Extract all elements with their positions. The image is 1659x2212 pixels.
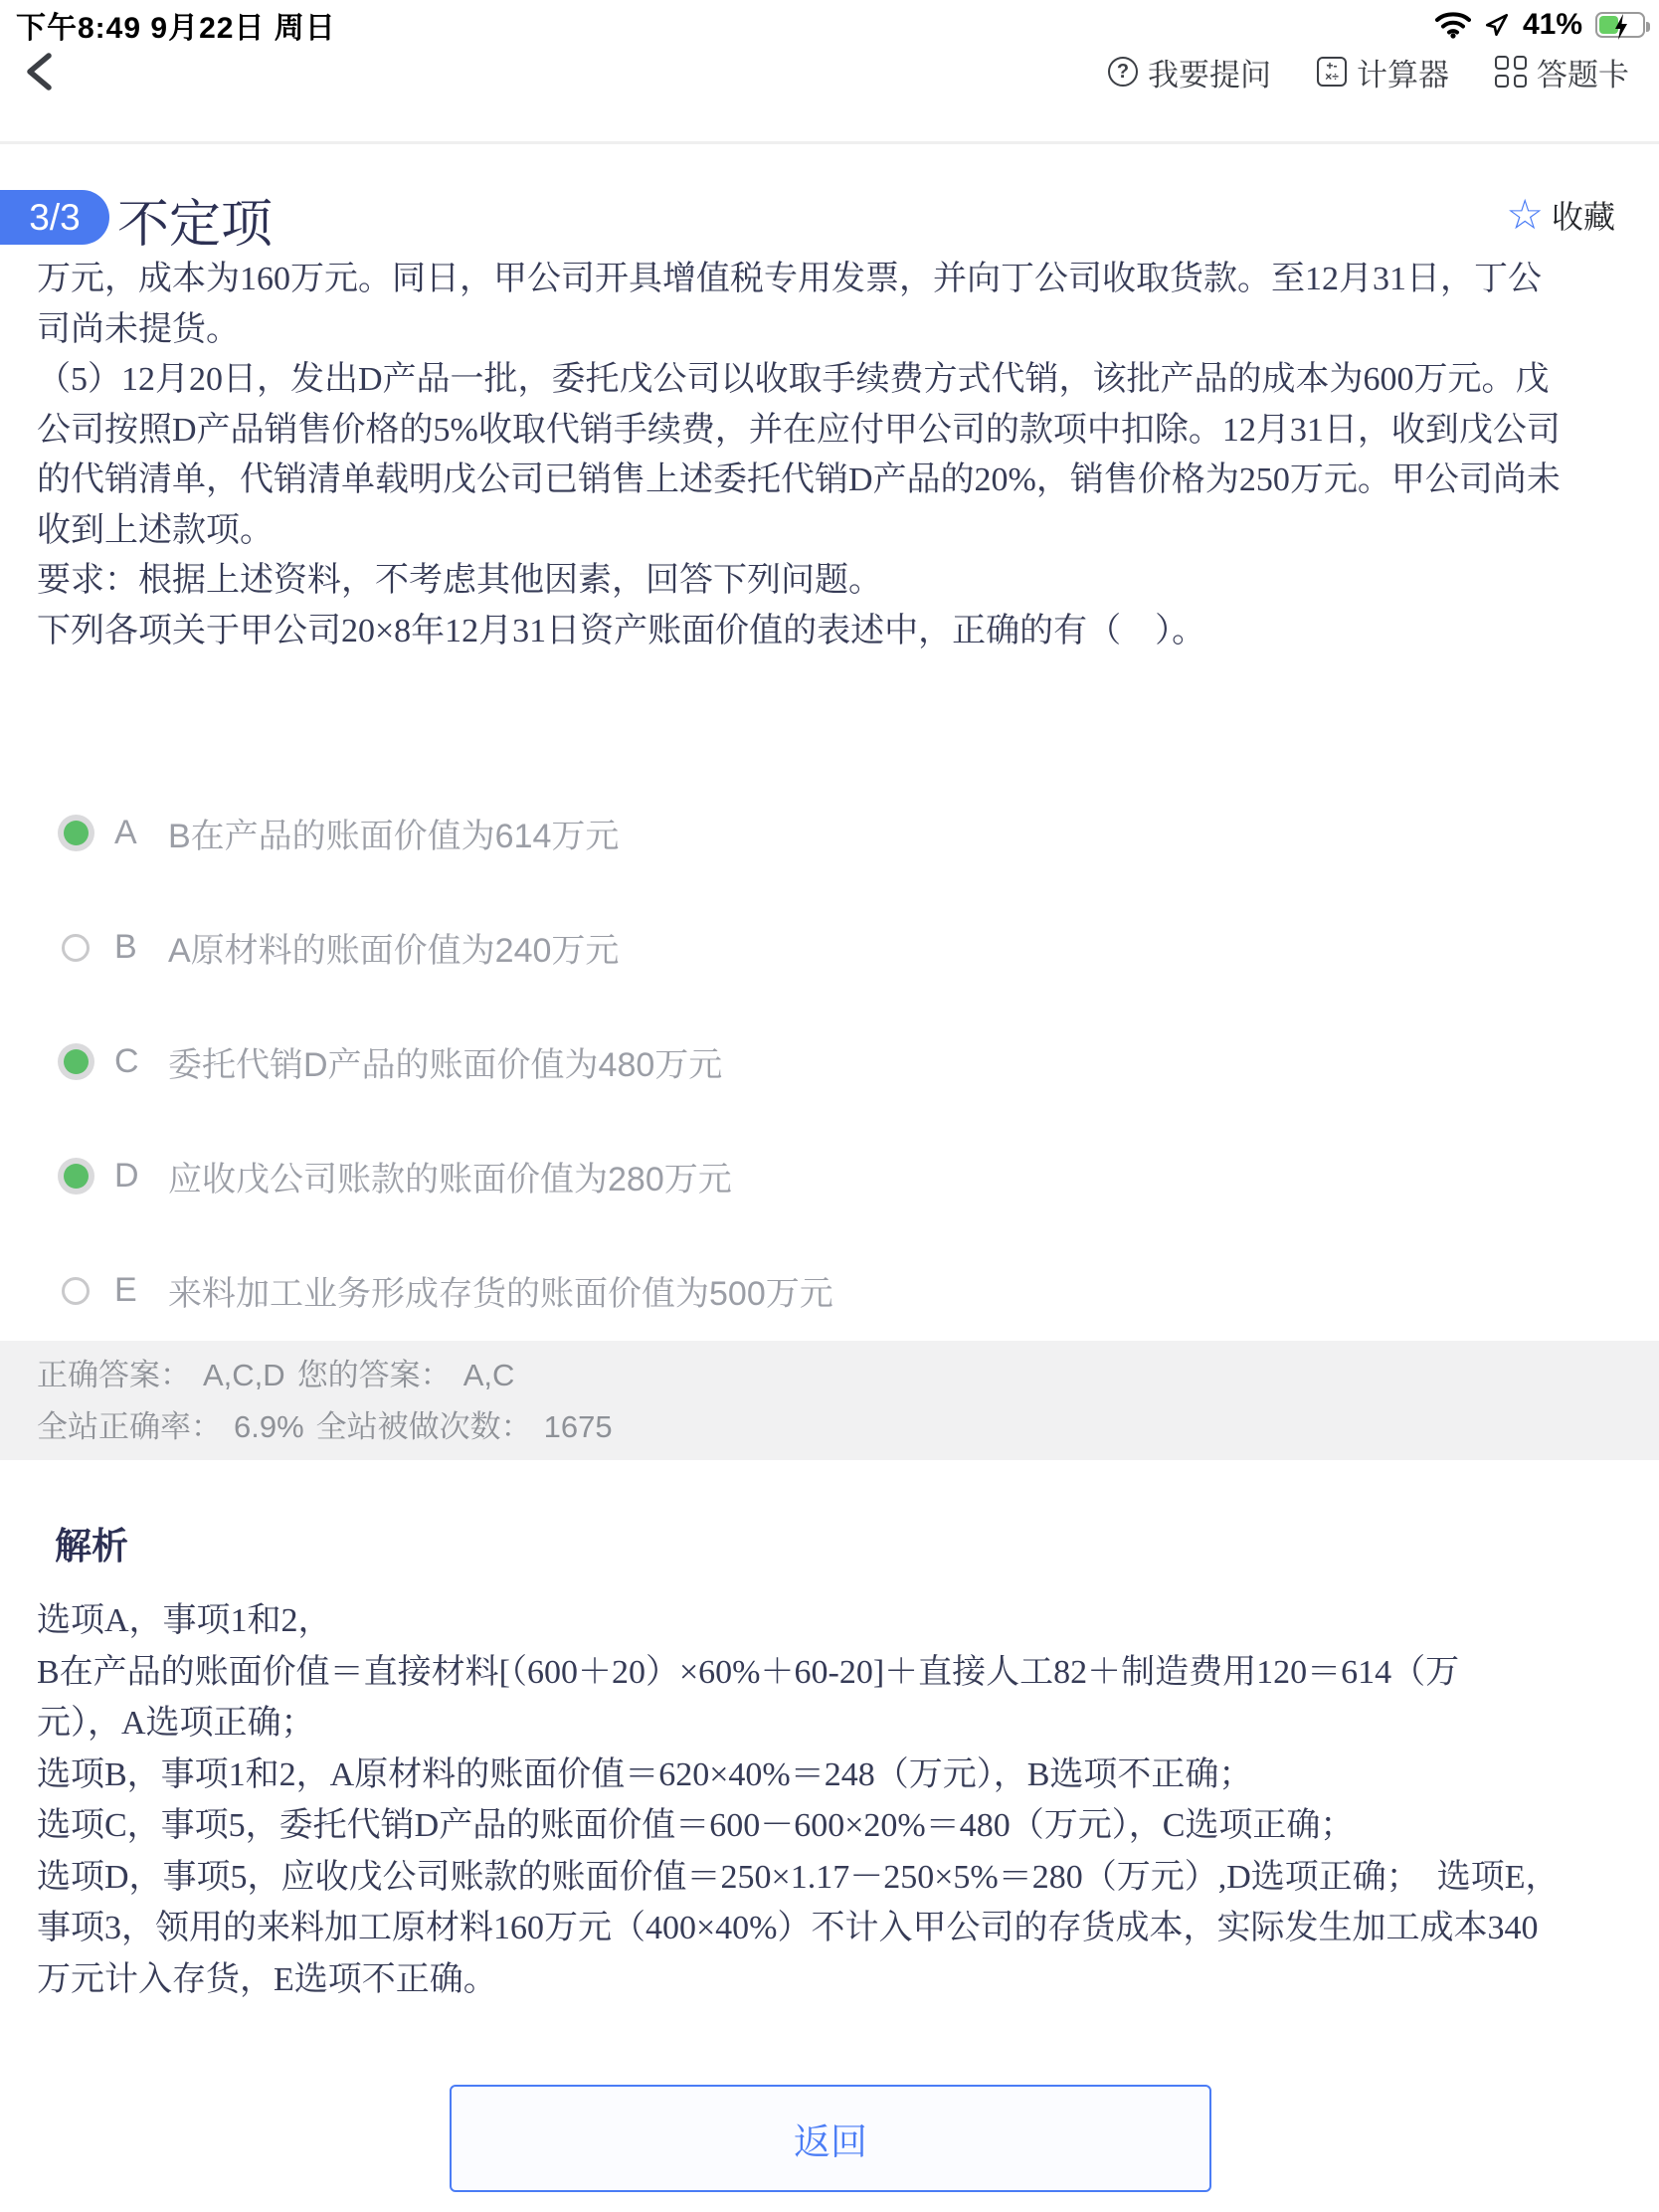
charging-bolt-icon	[1611, 12, 1631, 42]
favorite-button[interactable]: ☆ 收藏	[1506, 192, 1615, 238]
question-body: 万元，成本为160万元。同日，甲公司开具增值税专用发票，并向丁公司收取货款。至1…	[37, 255, 1588, 656]
option-row-d[interactable]: D 应收戊公司账款的账面价值为280万元	[0, 1119, 1659, 1233]
ask-question-label: 我要提问	[1148, 50, 1271, 94]
favorite-label: 收藏	[1552, 192, 1615, 238]
option-text: B在产品的账面价值为614万元	[168, 809, 619, 857]
quiz-page: 下午8:49 9月22日 周日 41%	[0, 0, 1659, 2212]
grid-icon	[1495, 56, 1527, 88]
attempt-count-label: 全站被做次数：	[316, 1409, 532, 1444]
question-line: 司尚未提货。	[37, 305, 1588, 356]
nav-actions: ? 我要提问 +- ×÷ 计算器 答题卡	[1108, 50, 1629, 94]
analysis-title: 解析	[55, 1516, 128, 1569]
option-text: 来料加工业务形成存货的账面价值为500万元	[168, 1266, 833, 1315]
answer-card-label: 答题卡	[1537, 50, 1629, 94]
question-line: 公司按照D产品销售价格的5%收取代销手续费，并在应付甲公司的款项中扣除。12月3…	[37, 406, 1588, 457]
calculator-button[interactable]: +- ×÷ 计算器	[1317, 50, 1449, 94]
analysis-line: 事项3，领用的来料加工原材料160万元（400×40%）不计入甲公司的存货成本，…	[37, 1903, 1608, 1954]
answer-summary-bar: 正确答案： A,C,D 您的答案： A,C 全站正确率： 6.9% 全站被做次数…	[0, 1341, 1659, 1460]
analysis-line: 选项B，事项1和2，A原材料的账面价值＝620×40%＝248（万元），B选项不…	[37, 1750, 1608, 1801]
question-circle-icon: ?	[1108, 57, 1138, 87]
radio-option-b[interactable]	[57, 929, 94, 967]
radio-option-a[interactable]	[57, 815, 94, 852]
battery-cap	[1646, 22, 1650, 32]
analysis-line: 元），A选项正确；	[37, 1698, 1608, 1750]
correct-answer-value: A,C,D	[203, 1358, 285, 1392]
calculator-icon: +- ×÷	[1317, 57, 1347, 87]
nav-bar: ? 我要提问 +- ×÷ 计算器 答题卡	[0, 46, 1659, 97]
your-answer-value: A,C	[463, 1358, 515, 1392]
nav-divider	[0, 141, 1659, 144]
option-row-e[interactable]: E 来料加工业务形成存货的账面价值为500万元	[0, 1233, 1659, 1348]
question-line: 下列各项关于甲公司20×8年12月31日资产账面价值的表述中，正确的有（ ）。	[37, 607, 1588, 657]
question-line: 要求：根据上述资料，不考虑其他因素，回答下列问题。	[37, 556, 1588, 607]
correct-answer-label: 正确答案：	[37, 1358, 191, 1392]
calculator-label: 计算器	[1357, 50, 1449, 94]
option-letter: B	[114, 928, 148, 967]
option-text: 应收戊公司账款的账面价值为280万元	[168, 1152, 732, 1200]
question-line: 收到上述款项。	[37, 506, 1588, 557]
ask-question-button[interactable]: ? 我要提问	[1108, 50, 1271, 94]
option-row-b[interactable]: B A原材料的账面价值为240万元	[0, 890, 1659, 1005]
stats-line: 全站正确率： 6.9% 全站被做次数： 1675	[37, 1409, 1622, 1444]
option-letter: D	[114, 1157, 148, 1196]
attempt-count-value: 1675	[544, 1409, 613, 1444]
option-letter: C	[114, 1042, 148, 1081]
option-row-a[interactable]: A B在产品的账面价值为614万元	[0, 776, 1659, 890]
question-type-title: 不定项	[117, 182, 273, 257]
site-rate-value: 6.9%	[234, 1409, 304, 1444]
wifi-icon	[1435, 11, 1471, 39]
option-text: 委托代销D产品的账面价值为480万元	[168, 1037, 722, 1086]
option-letter: E	[114, 1271, 148, 1310]
radio-option-c[interactable]	[57, 1043, 94, 1081]
status-time-date: 下午8:49 9月22日 周日	[16, 3, 336, 47]
option-letter: A	[114, 814, 148, 852]
progress-badge: 3/3	[0, 190, 109, 245]
star-icon: ☆	[1506, 197, 1544, 233]
radio-option-d[interactable]	[57, 1158, 94, 1196]
question-line: 的代销清单，代销清单载明戊公司已销售上述委托代销D产品的20%，销售价格为250…	[37, 456, 1588, 506]
your-answer-label: 您的答案：	[297, 1358, 452, 1392]
question-header: 3/3 不定项 ☆ 收藏	[0, 184, 1659, 250]
option-text: A原材料的账面价值为240万元	[168, 923, 619, 972]
analysis-line: 选项C，事项5，委托代销D产品的账面价值＝600－600×20%＝480（万元）…	[37, 1800, 1608, 1852]
option-row-c[interactable]: C 委托代销D产品的账面价值为480万元	[0, 1005, 1659, 1119]
analysis-line: 选项A，事项1和2，	[37, 1595, 1608, 1647]
battery-percent: 41%	[1523, 8, 1582, 42]
answer-card-button[interactable]: 答题卡	[1495, 50, 1629, 94]
site-rate-label: 全站正确率：	[37, 1409, 222, 1444]
status-indicators: 41%	[1435, 8, 1645, 42]
question-line: （5）12月20日，发出D产品一批，委托戊公司以收取手续费方式代销，该批产品的成…	[37, 355, 1588, 406]
status-bar: 下午8:49 9月22日 周日 41%	[0, 4, 1659, 46]
analysis-line: 万元计入存货，E选项不正确。	[37, 1954, 1608, 2006]
analysis-body: 选项A，事项1和2， B在产品的账面价值＝直接材料[（600＋20）×60%＋6…	[37, 1595, 1608, 2005]
options-list: A B在产品的账面价值为614万元 B A原材料的账面价值为240万元 C 委托…	[0, 776, 1659, 1348]
back-chevron-icon[interactable]	[22, 51, 56, 92]
battery-icon	[1595, 12, 1645, 38]
calculator-icon-bottom: ×÷	[1325, 72, 1339, 83]
analysis-line: B在产品的账面价值＝直接材料[（600＋20）×60%＋60-20]＋直接人工8…	[37, 1647, 1608, 1699]
analysis-line: 选项D，事项5，应收戊公司账款的账面价值＝250×1.17－250×5%＝280…	[37, 1852, 1608, 1904]
status-time: 下午8:49	[16, 12, 141, 45]
question-line: 万元，成本为160万元。同日，甲公司开具增值税专用发票，并向丁公司收取货款。至1…	[37, 255, 1588, 305]
status-date: 9月22日 周日	[150, 12, 335, 45]
back-button[interactable]: 返回	[450, 2085, 1211, 2192]
radio-option-e[interactable]	[57, 1272, 94, 1310]
location-icon	[1484, 12, 1510, 38]
answer-line: 正确答案： A,C,D 您的答案： A,C	[37, 1358, 1622, 1392]
